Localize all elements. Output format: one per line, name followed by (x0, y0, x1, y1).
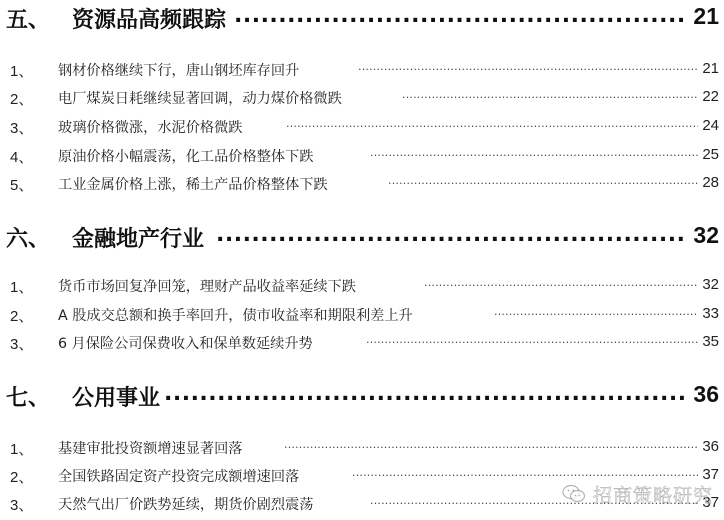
item-number: 1、 (10, 438, 33, 459)
item-title: 天然气出厂价跌势延续，期货价剧烈震荡 (58, 494, 313, 514)
item-page-number: 32 (702, 276, 719, 293)
toc-item[interactable]: 2、 A 股成交总额和换手率回升，债市收益率和期限利差上升 ..........… (0, 305, 724, 329)
toc-item[interactable]: 1、 基建审批投资额增速显著回落 .......................… (0, 438, 724, 462)
item-number: 5、 (10, 174, 33, 195)
dot-leader: ........................................… (234, 3, 684, 28)
dot-leader: ........................................… (284, 438, 698, 451)
toc-item[interactable]: 5、 工业金属价格上涨，稀土产品价格整体下跌 .................… (0, 174, 724, 198)
dot-leader: ........................................… (352, 466, 698, 479)
item-page-number: 37 (702, 494, 719, 511)
table-of-contents: 五、 资源品高频跟踪 .............................… (0, 0, 724, 520)
item-title: 全国铁路固定资产投资完成额增速回落 (58, 466, 299, 486)
dot-leader: ........................................… (494, 305, 698, 318)
toc-item[interactable]: 2、 电厂煤炭日耗继续显著回调，动力煤价格微跌 ................… (0, 88, 724, 112)
item-title: 钢材价格继续下行，唐山钢坯库存回升 (58, 60, 299, 80)
toc-item[interactable]: 3、 玻璃价格微涨，水泥价格微跌 .......................… (0, 117, 724, 141)
dot-leader: ........................................… (366, 333, 698, 346)
section-page-number: 21 (693, 3, 719, 30)
item-page-number: 24 (702, 117, 719, 134)
toc-section-heading[interactable]: 六、 金融地产行业 ..............................… (0, 222, 724, 256)
section-title: 资源品高频跟踪 (72, 3, 226, 34)
toc-item[interactable]: 3、 6 月保险公司保费收入和保单数延续升势 .................… (0, 333, 724, 357)
item-number: 1、 (10, 60, 33, 81)
toc-item[interactable]: 1、 钢材价格继续下行，唐山钢坯库存回升 ...................… (0, 60, 724, 84)
toc-item[interactable]: 2、 全国铁路固定资产投资完成额增速回落 ...................… (0, 466, 724, 490)
toc-section-heading[interactable]: 七、 公用事业 ................................… (0, 381, 724, 415)
item-page-number: 35 (702, 333, 719, 350)
toc-item[interactable]: 4、 原油价格小幅震荡，化工品价格整体下跌 ..................… (0, 146, 724, 170)
item-number: 2、 (10, 88, 33, 109)
item-title: A 股成交总额和换手率回升，债市收益率和期限利差上升 (58, 305, 413, 325)
item-title: 货币市场回复净回笼，理财产品收益率延续下跌 (58, 276, 356, 296)
toc-item[interactable]: 1、 货币市场回复净回笼，理财产品收益率延续下跌 ...............… (0, 276, 724, 300)
toc-section-heading[interactable]: 五、 资源品高频跟踪 .............................… (0, 3, 724, 37)
dot-leader: ........................................… (370, 146, 698, 159)
dot-leader: ........................................… (370, 494, 698, 507)
item-number: 3、 (10, 494, 33, 515)
dot-leader: ........................................… (358, 60, 698, 73)
item-number: 3、 (10, 333, 33, 354)
section-number: 七、 (6, 381, 50, 412)
dot-leader: ........................................… (424, 276, 698, 289)
item-title: 电厂煤炭日耗继续显著回调，动力煤价格微跌 (58, 88, 342, 108)
item-page-number: 28 (702, 174, 719, 191)
item-number: 2、 (10, 305, 33, 326)
section-number: 六、 (6, 222, 50, 253)
item-page-number: 21 (702, 60, 719, 77)
item-number: 3、 (10, 117, 33, 138)
item-number: 2、 (10, 466, 33, 487)
item-page-number: 22 (702, 88, 719, 105)
dot-leader: ........................................… (286, 117, 698, 130)
dot-leader: ........................................… (164, 381, 684, 406)
dot-leader: ........................................… (388, 174, 698, 187)
section-title: 金融地产行业 (72, 222, 204, 253)
toc-item[interactable]: 3、 天然气出厂价跌势延续，期货价剧烈震荡 ..................… (0, 494, 724, 518)
item-number: 1、 (10, 276, 33, 297)
section-number: 五、 (6, 3, 50, 34)
item-page-number: 37 (702, 466, 719, 483)
dot-leader: ........................................… (402, 88, 698, 101)
section-page-number: 36 (693, 381, 719, 408)
item-page-number: 36 (702, 438, 719, 455)
item-title: 工业金属价格上涨，稀土产品价格整体下跌 (58, 174, 328, 194)
section-page-number: 32 (693, 222, 719, 249)
item-title: 原油价格小幅震荡，化工品价格整体下跌 (58, 146, 313, 166)
item-title: 6 月保险公司保费收入和保单数延续升势 (58, 333, 313, 353)
item-number: 4、 (10, 146, 33, 167)
item-page-number: 33 (702, 305, 719, 322)
item-title: 基建审批投资额增速显著回落 (58, 438, 242, 458)
item-page-number: 25 (702, 146, 719, 163)
section-title: 公用事业 (72, 381, 160, 412)
item-title: 玻璃价格微涨，水泥价格微跌 (58, 117, 242, 137)
dot-leader: ........................................… (216, 222, 686, 247)
